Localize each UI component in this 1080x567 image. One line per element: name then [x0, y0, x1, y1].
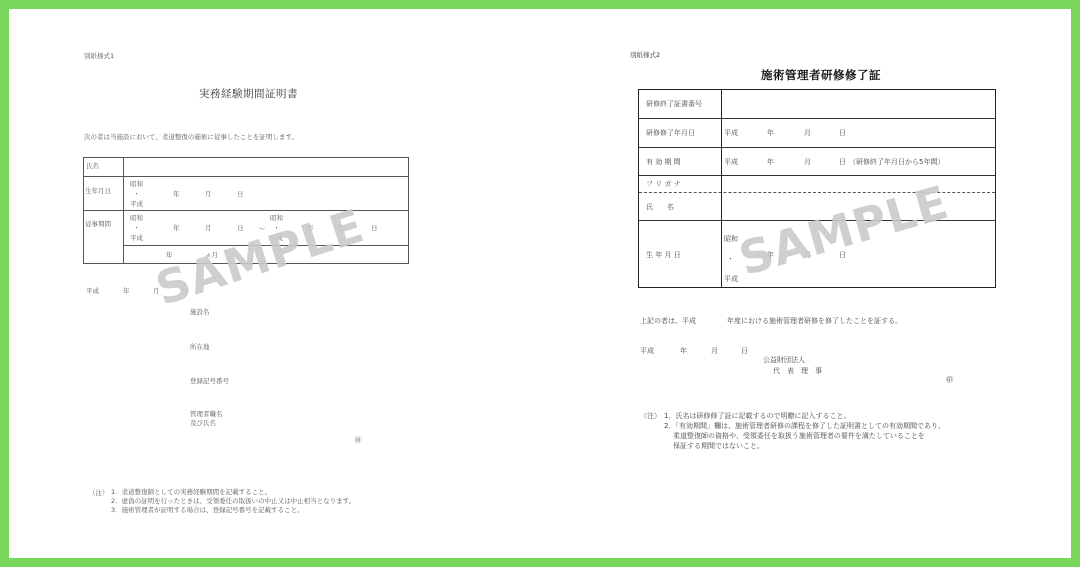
era-showa: 昭和	[130, 179, 143, 189]
completion-day-unit: 日	[839, 128, 846, 138]
work-to-month-unit: 月	[337, 223, 344, 232]
era-showa: 昭和	[270, 213, 283, 223]
birth-month-unit: 月	[804, 250, 811, 260]
form-1-title: 実務経験期間証明書	[199, 86, 298, 101]
duration-year-unit: 年	[166, 250, 173, 259]
birth-day-unit: 日	[237, 189, 244, 198]
cert-date-day: 日	[182, 286, 189, 295]
issue-date-era: 平成	[640, 346, 654, 356]
notes-list: 1．氏名は研修修了証に記載するので明瞭に記入すること。 2．「有効期間」欄は、施…	[664, 411, 945, 451]
birth-era-choice[interactable]: 昭和 ・ 平成	[130, 179, 143, 209]
era-separator: ・	[133, 189, 140, 199]
birth-day-unit: 日	[839, 250, 846, 260]
statement-suffix: 年度における施術管理者研修を修了したことを証する。	[727, 316, 902, 326]
note-item: 1．氏名は研修修了証に記載するので明瞭に記入すること。	[664, 411, 945, 421]
name-label: 氏 名	[646, 202, 674, 212]
era-heisei: 平成	[724, 269, 738, 289]
issuer-title: 代 表 理 事	[773, 366, 822, 376]
note-item: 2．「有効期間」欄は、施術管理者研修の課程を修了した証明書としての有効期間であり…	[664, 421, 945, 431]
completion-date-label: 研修修了年月日	[646, 128, 695, 138]
form-1-number: 別紙様式1	[84, 51, 114, 60]
issue-date-month: 月	[711, 346, 718, 356]
cert-number-field[interactable]	[722, 90, 994, 117]
completion-month-unit: 月	[804, 128, 811, 138]
validity-era: 平成	[724, 157, 738, 167]
era-heisei: 平成	[130, 199, 143, 209]
work-to-era-choice[interactable]: 昭和 ・ 平成	[270, 213, 283, 243]
notes-prefix: （注）	[640, 411, 661, 421]
note-item-continuation: 保証する期間ではないこと。	[664, 441, 945, 451]
era-showa: 昭和	[130, 213, 143, 223]
furigana-label: フ リ ガ ナ	[646, 179, 681, 189]
validity-note: （研修終了年月日から5年間）	[849, 157, 944, 167]
name-field[interactable]	[123, 158, 408, 175]
cert-date-era: 平成	[86, 286, 99, 295]
note-item: 2．虚偽の証明を行ったときは、受領委任の取扱いの中止又は中止相当となります。	[111, 497, 355, 506]
era-heisei: 平成	[270, 233, 283, 243]
birth-era-choice[interactable]: 昭和 ・ 平成	[724, 229, 738, 289]
era-separator: ・	[133, 223, 140, 233]
validity-year-unit: 年	[767, 157, 774, 167]
name-field[interactable]	[722, 194, 994, 219]
work-to-day-unit: 日	[371, 223, 378, 232]
validity-day-unit: 日	[839, 157, 846, 167]
era-separator: ・	[724, 249, 738, 269]
era-showa: 昭和	[724, 229, 738, 249]
validity-label: 有 効 期 間	[646, 157, 681, 167]
birth-year-unit: 年	[767, 250, 774, 260]
completion-year-unit: 年	[767, 128, 774, 138]
duration-month-unit: ヵ月	[205, 250, 218, 259]
tilde-separator: ～	[259, 224, 266, 233]
birth-date-label: 生 年 月 日	[646, 250, 681, 260]
validity-month-unit: 月	[804, 157, 811, 167]
manager-title-label: 管理者職名	[190, 410, 223, 419]
work-from-year-unit: 年	[173, 223, 180, 232]
issuer-organization: 公益財団法人	[763, 355, 805, 365]
note-item-continuation: 柔道整復師の資格や、受領委任を取扱う施術管理者の要件を満たしていることを	[664, 431, 945, 441]
work-from-era-choice[interactable]: 昭和 ・ 平成	[130, 213, 143, 243]
era-heisei: 平成	[130, 233, 143, 243]
address-label: 所在地	[190, 342, 210, 351]
work-period-label: 従事期間	[85, 219, 111, 228]
seal-mark: ㊞	[355, 435, 362, 444]
cert-date-month: 月	[153, 286, 160, 295]
notes-prefix: （注）	[89, 488, 109, 497]
furigana-field[interactable]	[722, 177, 994, 191]
birth-date-label: 生年月日	[85, 186, 111, 195]
form-1-intro: 次の者は当施設において、柔道整復の施術に従事したことを証明します。	[84, 132, 298, 141]
completion-era: 平成	[724, 128, 738, 138]
birth-month-unit: 月	[205, 189, 212, 198]
seal-mark: ㊞	[946, 375, 953, 385]
cert-number-label: 研修終了証書番号	[646, 99, 702, 109]
form-2-number: 別紙様式2	[630, 50, 660, 59]
work-from-day-unit: 日	[237, 223, 244, 232]
name-label: 氏名	[86, 161, 99, 170]
statement-prefix: 上記の者は、平成	[640, 316, 696, 326]
work-from-month-unit: 月	[205, 223, 212, 232]
manager-label: 管理者職名 及び氏名	[190, 410, 223, 428]
facility-name-label: 施設名	[190, 307, 210, 316]
notes-list: 1．柔道整復師としての実務経験期間を記載すること。 2．虚偽の証明を行ったときは…	[111, 488, 355, 515]
cert-date-year: 年	[123, 286, 130, 295]
era-separator: ・	[273, 223, 280, 233]
note-item: 1．柔道整復師としての実務経験期間を記載すること。	[111, 488, 355, 497]
manager-name-label: 及び氏名	[190, 419, 223, 428]
form-2-title: 施術管理者研修修了証	[761, 67, 881, 83]
birth-year-unit: 年	[173, 189, 180, 198]
registration-number-label: 登録記号番号	[190, 376, 229, 385]
note-item: 3．施術管理者が証明する場合は、登録記号番号を記載すること。	[111, 506, 355, 515]
issue-date-day: 日	[741, 346, 748, 356]
work-to-year-unit: 年	[307, 223, 314, 232]
issue-date-year: 年	[680, 346, 687, 356]
